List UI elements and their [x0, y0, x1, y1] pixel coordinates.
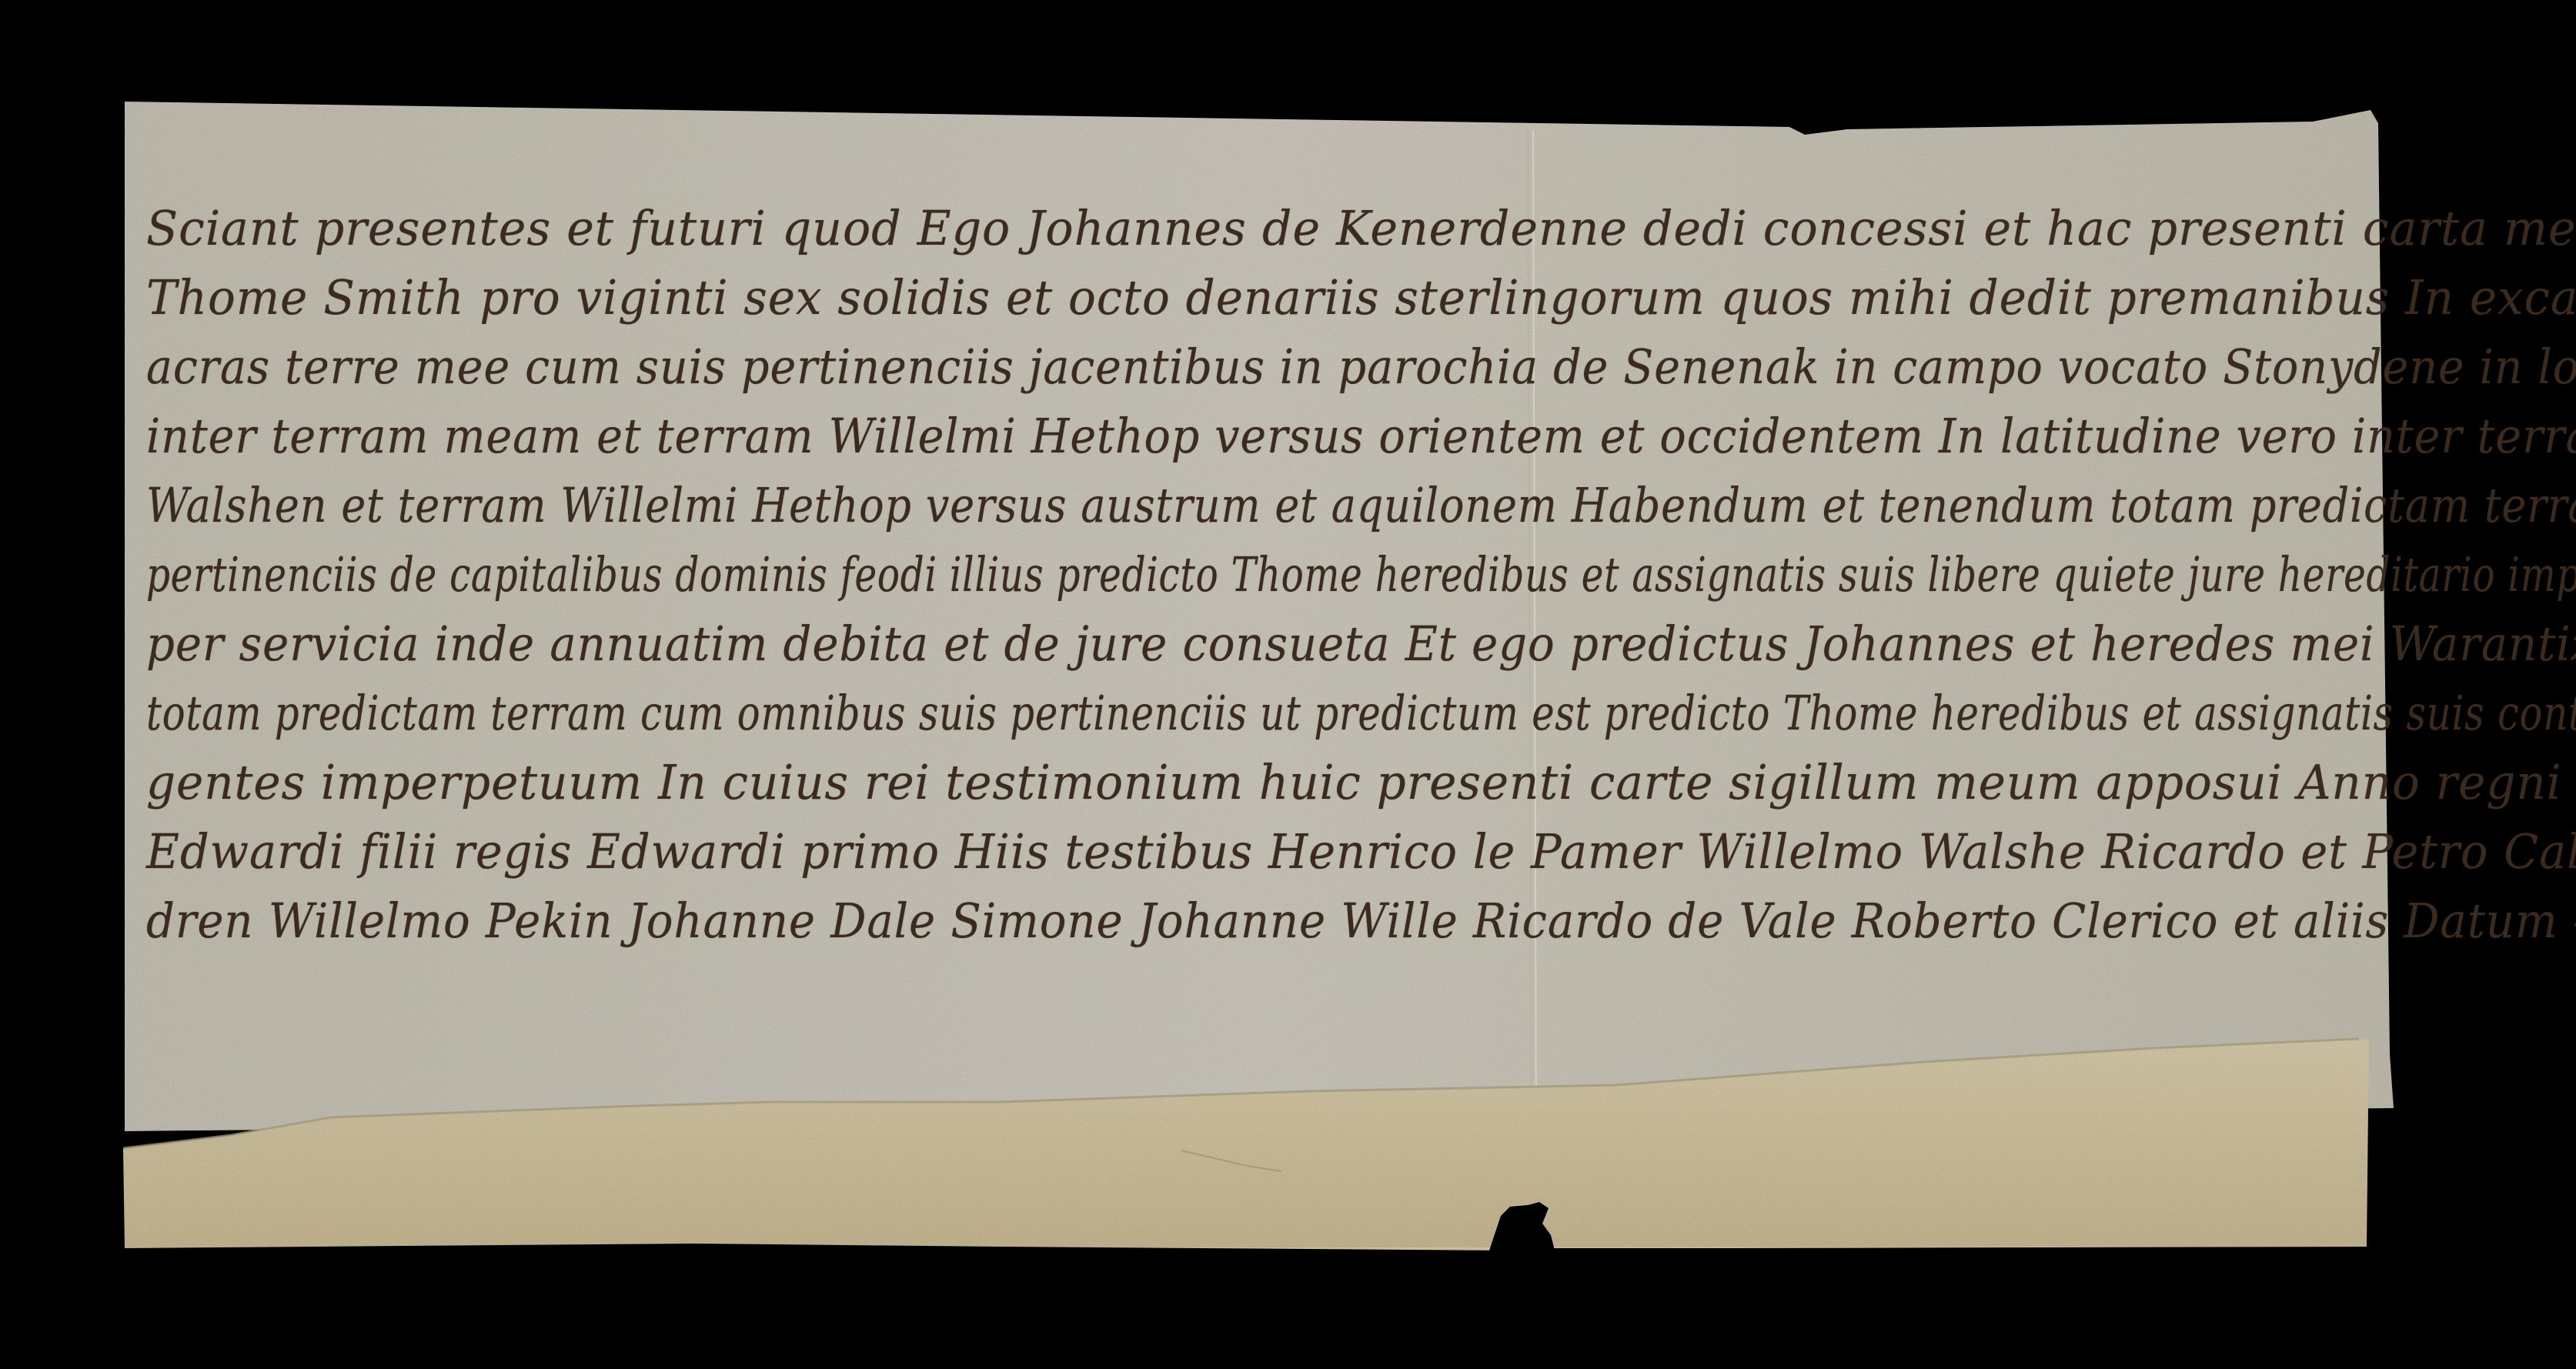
text-line-6: pertinenciis de capitalibus dominis feod…: [146, 546, 2576, 603]
text-line-3: acras terre mee cum suis pertinenciis ja…: [146, 339, 2576, 395]
text-line-1: Sciant presentes et futuri quod Ego Joha…: [146, 200, 2576, 256]
parchment-sheet: Sciant presentes et futuri quod Ego Joha…: [0, 0, 2576, 1369]
text-line-9: gentes imperpetuum In cuius rei testimon…: [146, 754, 2576, 810]
text-line-2: Thome Smith pro viginti sex solidis et o…: [146, 269, 2576, 326]
text-line-11: dren Willelmo Pekin Johanne Dale Simone …: [146, 893, 2576, 949]
text-line-5: Walshen et terram Willelmi Hethop versus…: [146, 477, 2576, 533]
text-line-8: totam predictam terram cum omnibus suis …: [146, 685, 2576, 741]
text-line-7: per servicia inde annuatim debita et de …: [146, 616, 2576, 672]
document-stage: Sciant presentes et futuri quod Ego Joha…: [0, 0, 2576, 1369]
text-line-4: inter terram meam et terram Willelmi Het…: [146, 408, 2576, 464]
text-line-10: Edwardi filii regis Edwardi primo Hiis t…: [146, 823, 2576, 880]
